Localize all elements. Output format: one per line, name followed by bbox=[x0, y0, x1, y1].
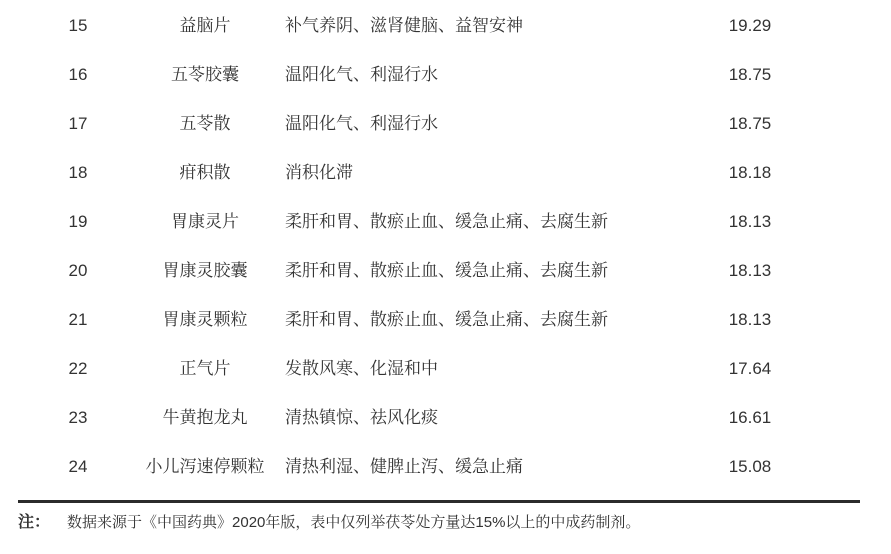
medicine-function-cell: 柔肝和胃、散瘀止血、缓急止痛、去腐生新 bbox=[284, 212, 690, 232]
ratio-value-cell: 18.75 bbox=[690, 65, 810, 85]
table-row: 17 五苓散 温阳化气、利湿行水 18.75 bbox=[0, 100, 891, 149]
table-row: 15 益脑片 补气养阴、滋肾健脑、益智安神 19.29 bbox=[0, 2, 891, 51]
medicine-function-cell: 清热镇惊、祛风化痰 bbox=[284, 408, 690, 428]
ratio-value-cell: 19.29 bbox=[690, 16, 810, 36]
row-number-cell: 15 bbox=[30, 16, 126, 36]
table-row: 16 五苓胶囊 温阳化气、利湿行水 18.75 bbox=[0, 51, 891, 100]
document-page: 15 益脑片 补气养阴、滋肾健脑、益智安神 19.29 16 五苓胶囊 温阳化气… bbox=[0, 0, 891, 554]
row-number-cell: 20 bbox=[30, 261, 126, 281]
row-number-cell: 19 bbox=[30, 212, 126, 232]
row-number-cell: 23 bbox=[30, 408, 126, 428]
tcm-formulations-table: 15 益脑片 补气养阴、滋肾健脑、益智安神 19.29 16 五苓胶囊 温阳化气… bbox=[0, 0, 891, 492]
ratio-value-cell: 18.75 bbox=[690, 114, 810, 134]
ratio-value-cell: 18.18 bbox=[690, 163, 810, 183]
medicine-name-cell: 牛黄抱龙丸 bbox=[126, 408, 284, 428]
row-number-cell: 17 bbox=[30, 114, 126, 134]
medicine-function-cell: 温阳化气、利湿行水 bbox=[284, 65, 690, 85]
table-row: 22 正气片 发散风寒、化湿和中 17.64 bbox=[0, 345, 891, 394]
row-number-cell: 16 bbox=[30, 65, 126, 85]
medicine-name-cell: 五苓散 bbox=[126, 114, 284, 134]
footnote: 注： 数据来源于《中国药典》2020年版，表中仅列举茯苓处方量达15%以上的中成… bbox=[18, 513, 891, 532]
medicine-function-cell: 温阳化气、利湿行水 bbox=[284, 114, 690, 134]
medicine-function-cell: 发散风寒、化湿和中 bbox=[284, 359, 690, 379]
medicine-function-cell: 清热利湿、健脾止泻、缓急止痛 bbox=[284, 457, 690, 477]
ratio-value-cell: 17.64 bbox=[690, 359, 810, 379]
table-row: 24 小儿泻速停颗粒 清热利湿、健脾止泻、缓急止痛 15.08 bbox=[0, 443, 891, 492]
footnote-text: 数据来源于《中国药典》2020年版，表中仅列举茯苓处方量达15%以上的中成药制剂… bbox=[67, 513, 640, 532]
row-number-cell: 18 bbox=[30, 163, 126, 183]
ratio-value-cell: 18.13 bbox=[690, 212, 810, 232]
medicine-function-cell: 消积化滞 bbox=[284, 163, 690, 183]
row-number-cell: 24 bbox=[30, 457, 126, 477]
footnote-label: 注： bbox=[18, 513, 50, 532]
medicine-function-cell: 柔肝和胃、散瘀止血、缓急止痛、去腐生新 bbox=[284, 261, 690, 281]
table-row: 21 胃康灵颗粒 柔肝和胃、散瘀止血、缓急止痛、去腐生新 18.13 bbox=[0, 296, 891, 345]
medicine-name-cell: 五苓胶囊 bbox=[126, 65, 284, 85]
medicine-name-cell: 益脑片 bbox=[126, 16, 284, 36]
medicine-name-cell: 胃康灵片 bbox=[126, 212, 284, 232]
ratio-value-cell: 15.08 bbox=[690, 457, 810, 477]
medicine-name-cell: 胃康灵颗粒 bbox=[126, 310, 284, 330]
row-number-cell: 21 bbox=[30, 310, 126, 330]
table-row: 23 牛黄抱龙丸 清热镇惊、祛风化痰 16.61 bbox=[0, 394, 891, 443]
medicine-name-cell: 胃康灵胶囊 bbox=[126, 261, 284, 281]
medicine-function-cell: 柔肝和胃、散瘀止血、缓急止痛、去腐生新 bbox=[284, 310, 690, 330]
table-row: 18 疳积散 消积化滞 18.18 bbox=[0, 149, 891, 198]
ratio-value-cell: 18.13 bbox=[690, 261, 810, 281]
ratio-value-cell: 16.61 bbox=[690, 408, 810, 428]
medicine-name-cell: 正气片 bbox=[126, 359, 284, 379]
medicine-name-cell: 小儿泻速停颗粒 bbox=[126, 457, 284, 477]
table-bottom-rule bbox=[18, 500, 860, 503]
medicine-function-cell: 补气养阴、滋肾健脑、益智安神 bbox=[284, 16, 690, 36]
ratio-value-cell: 18.13 bbox=[690, 310, 810, 330]
row-number-cell: 22 bbox=[30, 359, 126, 379]
medicine-name-cell: 疳积散 bbox=[126, 163, 284, 183]
table-row: 20 胃康灵胶囊 柔肝和胃、散瘀止血、缓急止痛、去腐生新 18.13 bbox=[0, 247, 891, 296]
table-row: 19 胃康灵片 柔肝和胃、散瘀止血、缓急止痛、去腐生新 18.13 bbox=[0, 198, 891, 247]
